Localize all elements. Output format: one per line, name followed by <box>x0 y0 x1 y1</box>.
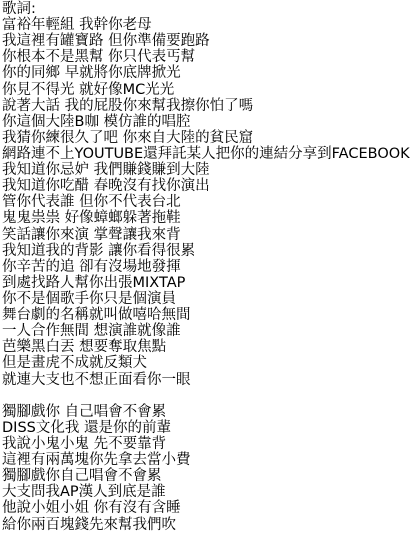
lyric-line: 你根本不是黑幫 你只代表丐幫 <box>2 49 415 65</box>
lyric-line: 大支問我AP漢人到底是誰 <box>2 484 415 500</box>
lyric-line: 我知道你吃醋 春晚沒有找你演出 <box>2 178 415 194</box>
lyric-line: 網路連不上YOUTUBE還拜託某人把你的連結分享到FACEBOOK <box>2 146 415 162</box>
lyric-line: 你見不得光 就好像MC光光 <box>2 82 415 98</box>
lyric-line: 就連大支也不想正面看你一眼 <box>2 372 415 388</box>
lyric-line: 你這個大陸B咖 模仿誰的唱腔 <box>2 114 415 130</box>
lyric-line: 舞台劇的名稱就叫做嘻哈無間 <box>2 307 415 323</box>
lyric-line: 他說小姐小姐 你有沒有含睡 <box>2 500 415 516</box>
lyric-line: 但是畫虎不成就反類犬 <box>2 355 415 371</box>
lyric-line: 獨腳戲你自己唱會不會累 <box>2 468 415 484</box>
lyric-line: 我猜你練很久了吧 你來自大陸的貧民窟 <box>2 130 415 146</box>
lyric-line: 我這裡有罐寶路 但你準備要跑路 <box>2 33 415 49</box>
lyric-line: 獨腳戲你 自己唱會不會累 <box>2 404 415 420</box>
lyric-line: 一人合作無間 想演誰就像誰 <box>2 323 415 339</box>
lyric-line: 芭樂黑白丟 想要奪取焦點 <box>2 339 415 355</box>
lyric-line: 我說小鬼小鬼 先不要靠背 <box>2 436 415 452</box>
lyrics-title: 歌詞: <box>2 1 415 17</box>
lyric-line: 我知道你忌妒 我們賺錢賺到大陸 <box>2 162 415 178</box>
lyric-line: 我知道我的背影 讓你看得很累 <box>2 243 415 259</box>
lyrics-page: 歌詞: 富裕年輕組 我幹你老母 我這裡有罐寶路 但你準備要跑路 你根本不是黑幫 … <box>0 0 415 533</box>
lyric-line-blank <box>2 388 415 404</box>
lyric-line: 到處找路人幫你出張MIXTAP <box>2 275 415 291</box>
lyric-line: 這裡有兩萬塊你先拿去當小費 <box>2 452 415 468</box>
lyric-line: 你的同鄉 早就將你底牌掀光 <box>2 65 415 81</box>
lyric-line: 鬼鬼祟祟 好像蟑螂躲著拖鞋 <box>2 210 415 226</box>
lyric-line: 給你兩百塊錢先來幫我們吹 <box>2 517 415 533</box>
lyric-line: 你不是個歌手你只是個演員 <box>2 291 415 307</box>
lyric-line: 你辛苦的追 卻有沒場地發揮 <box>2 259 415 275</box>
lyric-line: 富裕年輕組 我幹你老母 <box>2 17 415 33</box>
lyric-line: 管你代表誰 但你不代表台北 <box>2 194 415 210</box>
lyric-line: 說著大話 我的屁股你來幫我擦你怕了嗎 <box>2 98 415 114</box>
lyric-line: DISS文化我 還是你的前輩 <box>2 420 415 436</box>
lyric-line: 笑話讓你來演 掌聲讓我來背 <box>2 227 415 243</box>
